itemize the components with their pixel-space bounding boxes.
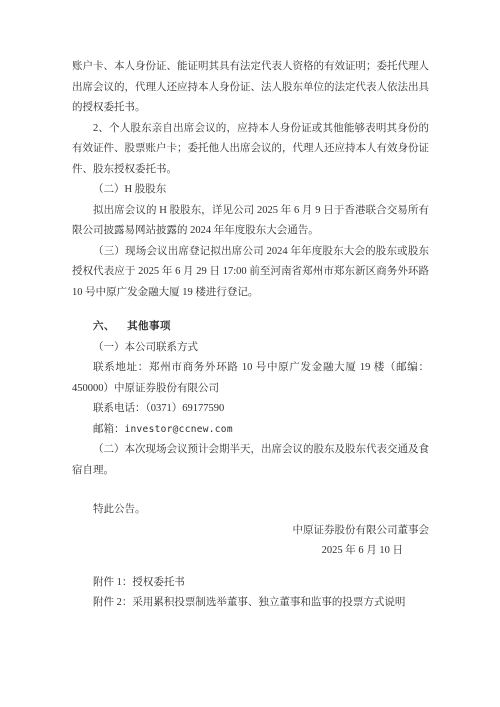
subsection-h-share-holders: （二）H 股股东 <box>72 180 429 201</box>
signature-company: 中原证券股份有限公司董事会 <box>72 521 429 542</box>
meeting-note: （二）本次现场会议预计会期半天，出席会议的股东及股东代表交通及食宿自理。 <box>72 440 429 481</box>
contact-phone: 联系电话：（0371）69177590 <box>72 399 429 420</box>
contact-method-heading: （一）本公司联系方式 <box>72 338 429 359</box>
document-page: 账户卡、本人身份证、能证明其具有法定代表人资格的有效证明；委托代理人出席会议的，… <box>0 0 500 707</box>
closing-line: 特此公告。 <box>72 500 429 521</box>
email-label: 邮箱： <box>93 424 125 435</box>
contact-address: 联系地址：郑州市商务外环路 10 号中原广发金融大厦 19 楼（邮编：45000… <box>72 358 429 399</box>
section-title: 其他事项 <box>127 321 171 332</box>
body-paragraph: （三）现场会议出席登记拟出席公司 2024 年年度股东大会的股东或股东授权代表应… <box>72 242 429 304</box>
body-paragraph: 拟出席会议的 H 股股东，详见公司 2025 年 6 月 9 日于香港联合交易所… <box>72 201 429 242</box>
contact-email: 邮箱：investor@ccnew.com <box>72 420 429 441</box>
email-address: investor@ccnew.com <box>125 424 233 435</box>
section-heading: 六、其他事项 <box>72 317 429 338</box>
section-number: 六、 <box>93 321 115 332</box>
body-paragraph: 账户卡、本人身份证、能证明其具有法定代表人资格的有效证明；委托代理人出席会议的，… <box>72 57 429 119</box>
attachment-line: 附件 1：授权委托书 <box>72 573 429 594</box>
attachment-line: 附件 2：采用累积投票制选举董事、独立董事和监事的投票方式说明 <box>72 593 429 614</box>
signature-date: 2025 年 6 月 10 日 <box>72 541 429 562</box>
body-paragraph: 2、个人股东亲自出席会议的，应持本人身份证或其他能够表明其身份的有效证件、股票账… <box>72 119 429 181</box>
